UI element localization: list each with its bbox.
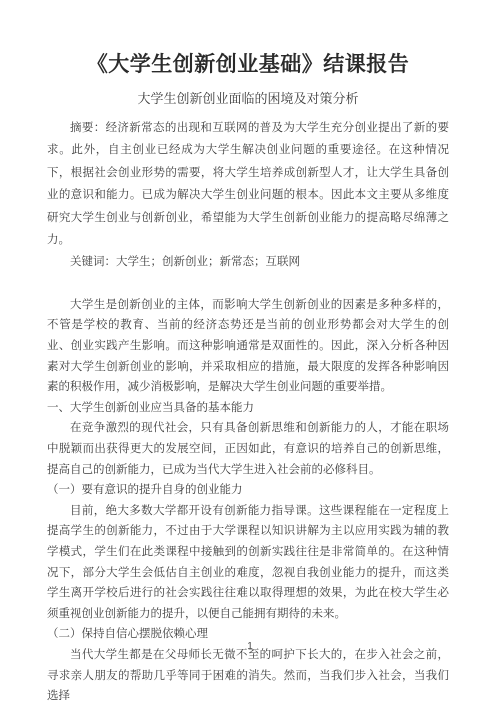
abstract-section: 摘要：经济新常态的出现和互联网的普及为大学生充分创业提出了新的要求。此外，自主创… [47, 117, 449, 274]
body-paragraph: 当代大学生都是在父母师长无微不至的呵护下长大的，在步入社会之前，寻求亲人朋友的帮… [47, 645, 449, 707]
subsection-heading: （一）要有意识的提升自身的创业能力 [47, 480, 449, 501]
section-heading: 一、大学生创新创业应当具备的基本能力 [47, 398, 449, 419]
page-number: 1 [0, 640, 500, 654]
abstract-text: 摘要：经济新常态的出现和互联网的普及为大学生充分创业提出了新的要求。此外，自主创… [47, 117, 449, 251]
body-paragraph: 大学生是创新创业的主体，而影响大学生创新创业的因素是多种多样的，不管是学校的教育… [47, 295, 449, 398]
document-subtitle: 大学生创新创业面临的困境及对策分析 [47, 89, 449, 108]
body-paragraph: 在竞争激烈的现代社会，只有具备创新思维和创新能力的人，才能在职场中脱颖而出获得更… [47, 418, 449, 480]
document-page: 《大学生创新创业基础》结课报告 大学生创新创业面临的困境及对策分析 摘要：经济新… [0, 0, 500, 707]
keywords-line: 关键词：大学生；创新创业；新常态；互联网 [47, 251, 449, 273]
document-title: 《大学生创新创业基础》结课报告 [47, 50, 449, 80]
body-paragraph: 目前，绝大多数大学都开设有创新能力指导课。这些课程能在一定程度上提高学生的创新能… [47, 501, 449, 625]
